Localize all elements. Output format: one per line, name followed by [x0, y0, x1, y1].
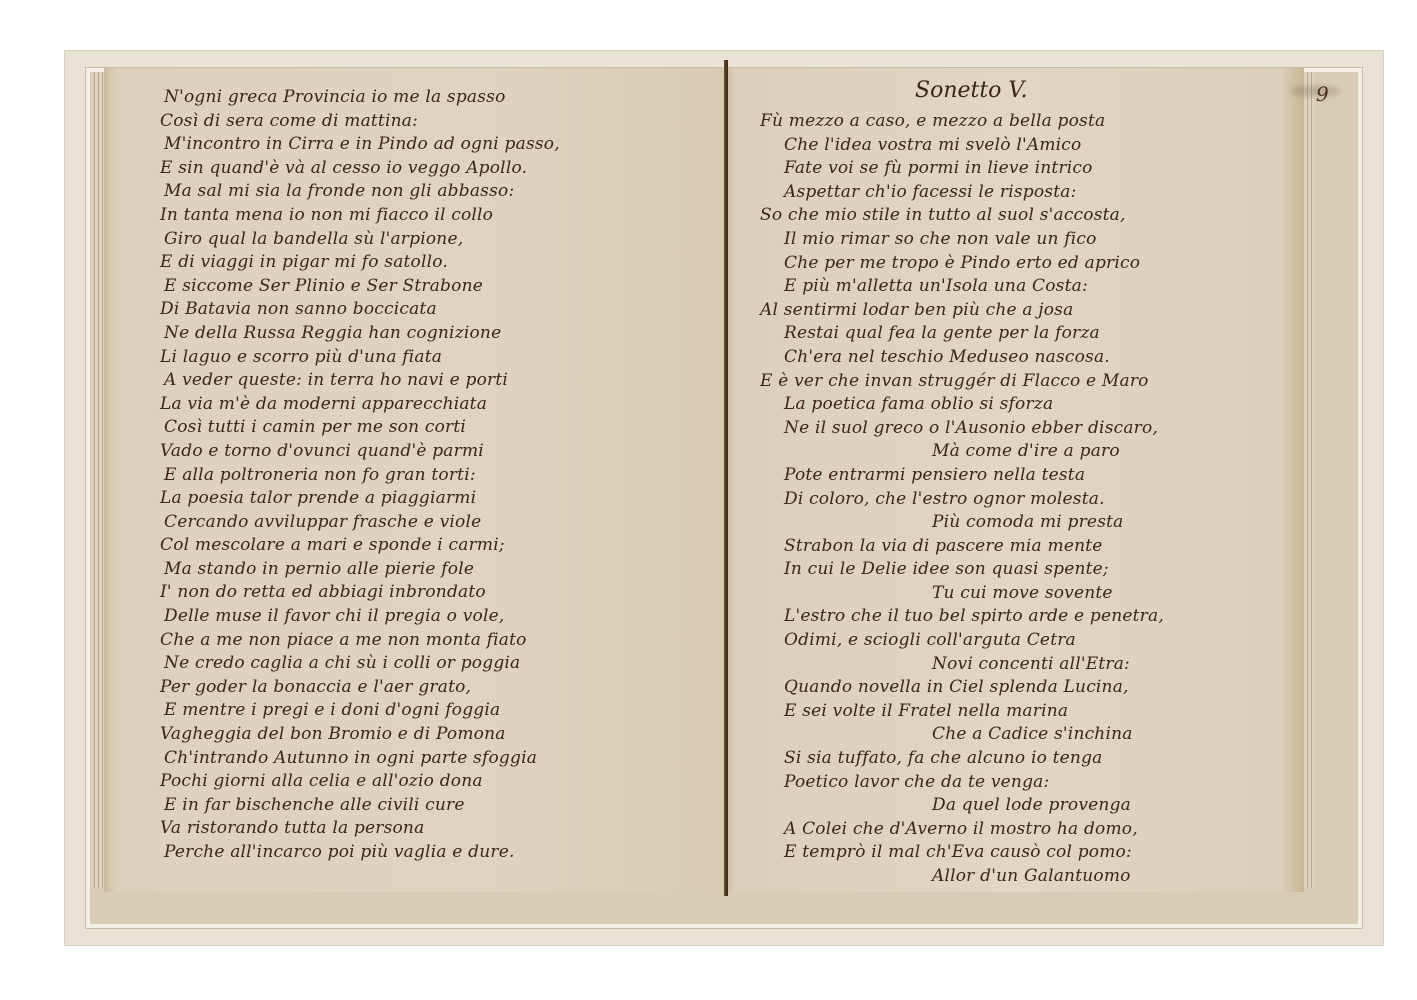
sonnet-line: Di coloro, che l'estro ognor molesta.	[760, 488, 1164, 512]
sonnet-line: E temprò il mal ch'Eva causò col pomo:	[760, 841, 1164, 865]
manuscript-line: La poesia talor prende a piaggiarmi	[160, 487, 560, 511]
manuscript-line: Ma stando in pernio alle pierie fole	[160, 558, 560, 582]
manuscript-line: Delle muse il favor chi il pregia o vole…	[160, 605, 560, 629]
manuscript-line: Li laguo e scorro più d'una fiata	[160, 346, 560, 370]
manuscript-line: Col mescolare a mari e sponde i carmi;	[160, 534, 560, 558]
sonnet-line: Restai qual fea la gente per la forza	[760, 322, 1164, 346]
sonnet-line: In cui le Delie idee son quasi spente;	[760, 558, 1164, 582]
sonnet-line: Si sia tuffato, fa che alcuno io tenga	[760, 747, 1164, 771]
sonnet-line: Aspettar ch'io facessi le risposta:	[760, 181, 1164, 205]
manuscript-line: E mentre i pregi e i doni d'ogni foggia	[160, 699, 560, 723]
manuscript-line: Così tutti i camin per me son corti	[160, 416, 560, 440]
manuscript-line: M'incontro in Cirra e in Pindo ad ogni p…	[160, 133, 560, 157]
sonnet-line: Poetico lavor che da te venga:	[760, 771, 1164, 795]
sonnet-line: Odimi, e sciogli coll'arguta Cetra	[760, 629, 1164, 653]
sonnet-line: Pote entrarmi pensiero nella testa	[760, 464, 1164, 488]
sonnet-line: Che per me tropo è Pindo erto ed aprico	[760, 252, 1164, 276]
sonnet-line: Fù mezzo a caso, e mezzo a bella posta	[760, 110, 1164, 134]
manuscript-line: E in far bischenche alle civili cure	[160, 794, 560, 818]
book-gutter	[724, 60, 728, 896]
manuscript-line: Ma sal mi sia la fronde non gli abbasso:	[160, 180, 560, 204]
sonnet-line: Al sentirmi lodar ben più che a josa	[760, 299, 1164, 323]
manuscript-line: Pochi giorni alla celia e all'ozio dona	[160, 770, 560, 794]
manuscript-line: E siccome Ser Plinio e Ser Strabone	[160, 275, 560, 299]
manuscript-line: La via m'è da moderni apparecchiata	[160, 393, 560, 417]
manuscript-line: Che a me non piace a me non monta fiato	[160, 629, 560, 653]
sonnet-line: La poetica fama oblio si sforza	[760, 393, 1164, 417]
sonnet-line: Che a Cadice s'inchina	[760, 723, 1164, 747]
manuscript-line: E alla poltroneria non fo gran torti:	[160, 464, 560, 488]
sonnet-line: Che l'idea vostra mi svelò l'Amico	[760, 134, 1164, 158]
manuscript-line: Ne credo caglia a chi sù i colli or pogg…	[160, 652, 560, 676]
manuscript-line: Va ristorando tutta la persona	[160, 817, 560, 841]
sonnet-line: Tu cui move sovente	[760, 582, 1164, 606]
sonnet-line: Allor d'un Galantuomo	[760, 865, 1164, 889]
manuscript-line: Per goder la bonaccia e l'aer grato,	[160, 676, 560, 700]
sonnet-line: Novi concenti all'Etra:	[760, 653, 1164, 677]
manuscript-line: A veder queste: in terra ho navi e porti	[160, 369, 560, 393]
manuscript-line: N'ogni greca Provincia io me la spasso	[160, 86, 560, 110]
sonnet-line: E sei volte il Fratel nella marina	[760, 700, 1164, 724]
left-page-text: N'ogni greca Provincia io me la spassoCo…	[160, 86, 560, 865]
sonnet-line: Strabon la via di pascere mia mente	[760, 535, 1164, 559]
manuscript-line: Di Batavia non sanno boccicata	[160, 298, 560, 322]
sonnet-line: Mà come d'ire a paro	[760, 440, 1164, 464]
manuscript-line: In tanta mena io non mi fiacco il collo	[160, 204, 560, 228]
manuscript-line: Perche all'incarco poi più vaglia e dure…	[160, 841, 560, 865]
sonnet-line: A Colei che d'Averno il mostro ha domo,	[760, 818, 1164, 842]
ink-stain	[1290, 86, 1340, 96]
sonnet-line: Più comoda mi presta	[760, 511, 1164, 535]
sonnet-line: Da quel lode provenga	[760, 794, 1164, 818]
sonnet-line: L'estro che il tuo bel spirto arde e pen…	[760, 605, 1164, 629]
sonnet-line: Ch'era nel teschio Meduseo nascosa.	[760, 346, 1164, 370]
manuscript-line: Giro qual la bandella sù l'arpione,	[160, 228, 560, 252]
right-page-text: Fù mezzo a caso, e mezzo a bella postaCh…	[760, 110, 1164, 889]
manuscript-line: Ch'intrando Autunno in ogni parte sfoggi…	[160, 747, 560, 771]
manuscript-line: Cercando avviluppar frasche e viole	[160, 511, 560, 535]
sonnet-line: Il mio rimar so che non vale un fico	[760, 228, 1164, 252]
manuscript-line: I' non do retta ed abbiagi inbrondato	[160, 581, 560, 605]
sonnet-title: Sonetto V.	[915, 78, 1027, 103]
manuscript-line: E di viaggi in pigar mi fo satollo.	[160, 251, 560, 275]
sonnet-line: E più m'alletta un'Isola una Costa:	[760, 275, 1164, 299]
manuscript-line: Vagheggia del bon Bromio e di Pomona	[160, 723, 560, 747]
sonnet-line: Ne il suol greco o l'Ausonio ebber disca…	[760, 417, 1164, 441]
manuscript-line: E sin quand'è và al cesso io veggo Apoll…	[160, 157, 560, 181]
sonnet-line: Quando novella in Ciel splenda Lucina,	[760, 676, 1164, 700]
manuscript-line: Così di sera come di mattina:	[160, 110, 560, 134]
manuscript-line: Vado e torno d'ovunci quand'è parmi	[160, 440, 560, 464]
sonnet-line: Fate voi se fù pormi in lieve intrico	[760, 157, 1164, 181]
sonnet-line: E è ver che invan struggér di Flacco e M…	[760, 370, 1164, 394]
sonnet-line: So che mio stile in tutto al suol s'acco…	[760, 204, 1164, 228]
manuscript-line: Ne della Russa Reggia han cognizione	[160, 322, 560, 346]
page-number: 9	[1316, 82, 1329, 106]
